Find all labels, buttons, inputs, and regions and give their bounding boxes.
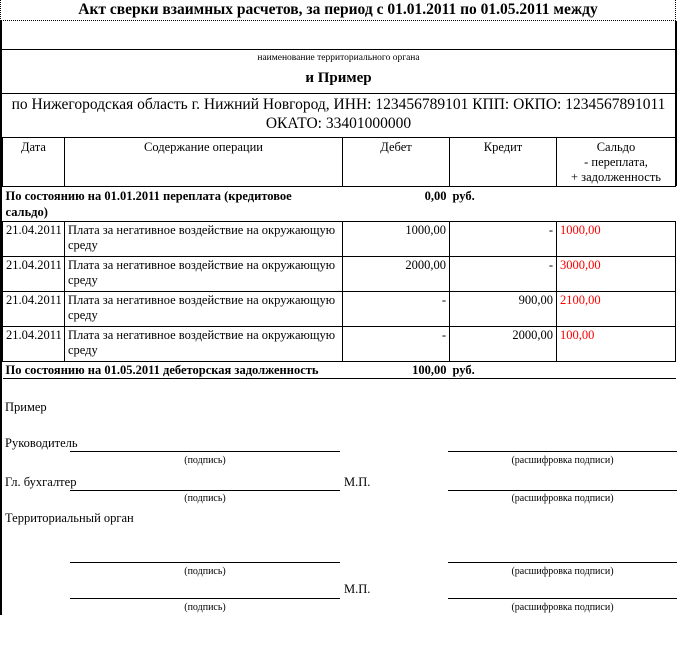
table-row: 21.04.2011Плата за негативное воздействи…: [3, 327, 676, 362]
header-balance: Сальдо - переплата, + задолженность: [557, 138, 676, 187]
cell-debit: -: [343, 292, 450, 327]
opening-amount: 0,00: [425, 188, 447, 204]
document-title: Акт сверки взаимных расчетов, за период …: [0, 0, 676, 21]
table-row: 21.04.2011Плата за негативное воздействи…: [3, 222, 676, 257]
cell-credit: 900,00: [450, 292, 557, 327]
signature-caption: (подпись): [70, 602, 340, 613]
opening-currency: руб.: [450, 187, 676, 222]
signature-caption: (подпись): [70, 493, 340, 504]
director-decoding-line: [448, 451, 677, 452]
opening-label: По состоянию на 01.01.2011 переплата (кр…: [6, 188, 301, 220]
header-description: Содержание операции: [65, 138, 343, 187]
header-credit: Кредит: [450, 138, 557, 187]
cell-description: Плата за негативное воздействие на окруж…: [65, 257, 343, 292]
cell-date: 21.04.2011: [3, 257, 65, 292]
territorial-decoding-line-2: [448, 598, 677, 599]
signature-caption: (подпись): [70, 566, 340, 577]
closing-amount: 100,00: [412, 362, 446, 378]
cell-balance: 100,00: [557, 327, 676, 362]
org-details: по Нижегородская область г. Нижний Новго…: [0, 95, 677, 133]
decoding-caption: (расшифровка подписи): [448, 455, 677, 466]
cell-credit: -: [450, 222, 557, 257]
header-balance-title: Сальдо: [560, 140, 672, 155]
opening-balance-row: По состоянию на 01.01.2011 переплата (кр…: [3, 187, 676, 222]
table-row: 21.04.2011Плата за негативное воздействи…: [3, 292, 676, 327]
territorial-signature-line: [70, 562, 340, 563]
cell-debit: 1000,00: [343, 222, 450, 257]
org-name: и Пример: [0, 70, 677, 87]
cell-debit: -: [343, 327, 450, 362]
cell-debit: 2000,00: [343, 257, 450, 292]
cell-description: Плата за негативное воздействие на окруж…: [65, 292, 343, 327]
director-signature-line: [70, 451, 340, 452]
decoding-caption: (расшифровка подписи): [448, 566, 677, 577]
territorial-label: Территориальный орган: [5, 511, 134, 526]
closing-balance-row: По состоянию на 01.05.2011 дебеторская з…: [3, 362, 676, 379]
decoding-caption: (расшифровка подписи): [448, 493, 677, 504]
cell-balance: 3000,00: [557, 257, 676, 292]
cell-description: Плата за негативное воздействие на окруж…: [65, 222, 343, 257]
cell-date: 21.04.2011: [3, 222, 65, 257]
header-balance-debt: + задолженность: [560, 170, 672, 185]
header-debit: Дебет: [343, 138, 450, 187]
header-balance-overpay: - переплата,: [560, 155, 672, 170]
table-header: Дата Содержание операции Дебет Кредит Са…: [3, 138, 676, 187]
cell-credit: 2000,00: [450, 327, 557, 362]
decoding-caption: (расшифровка подписи): [448, 602, 677, 613]
cell-balance: 1000,00: [557, 222, 676, 257]
territorial-decoding-line: [448, 562, 677, 563]
director-label: Руководитель: [5, 436, 78, 451]
party-name: Пример: [5, 400, 47, 415]
org-caption: наименование территориального органа: [0, 53, 677, 63]
territorial-signature-line-2: [70, 598, 340, 599]
reconciliation-table: Дата Содержание операции Дебет Кредит Са…: [2, 137, 676, 379]
closing-label: По состоянию на 01.05.2011 дебеторская з…: [6, 362, 447, 378]
cell-date: 21.04.2011: [3, 292, 65, 327]
accountant-decoding-line: [448, 490, 677, 491]
signature-caption: (подпись): [70, 455, 340, 466]
closing-currency: руб.: [450, 362, 676, 379]
cell-balance: 2100,00: [557, 292, 676, 327]
cell-credit: -: [450, 257, 557, 292]
accountant-signature-line: [70, 490, 340, 491]
divider: [0, 49, 677, 50]
cell-description: Плата за негативное воздействие на окруж…: [65, 327, 343, 362]
accountant-label: Гл. бухгалтер: [5, 475, 76, 490]
cell-date: 21.04.2011: [3, 327, 65, 362]
divider: [0, 93, 677, 94]
table-row: 21.04.2011Плата за негативное воздействи…: [3, 257, 676, 292]
stamp-label: М.П.: [344, 475, 370, 490]
stamp-label: М.П.: [344, 582, 370, 597]
header-date: Дата: [3, 138, 65, 187]
